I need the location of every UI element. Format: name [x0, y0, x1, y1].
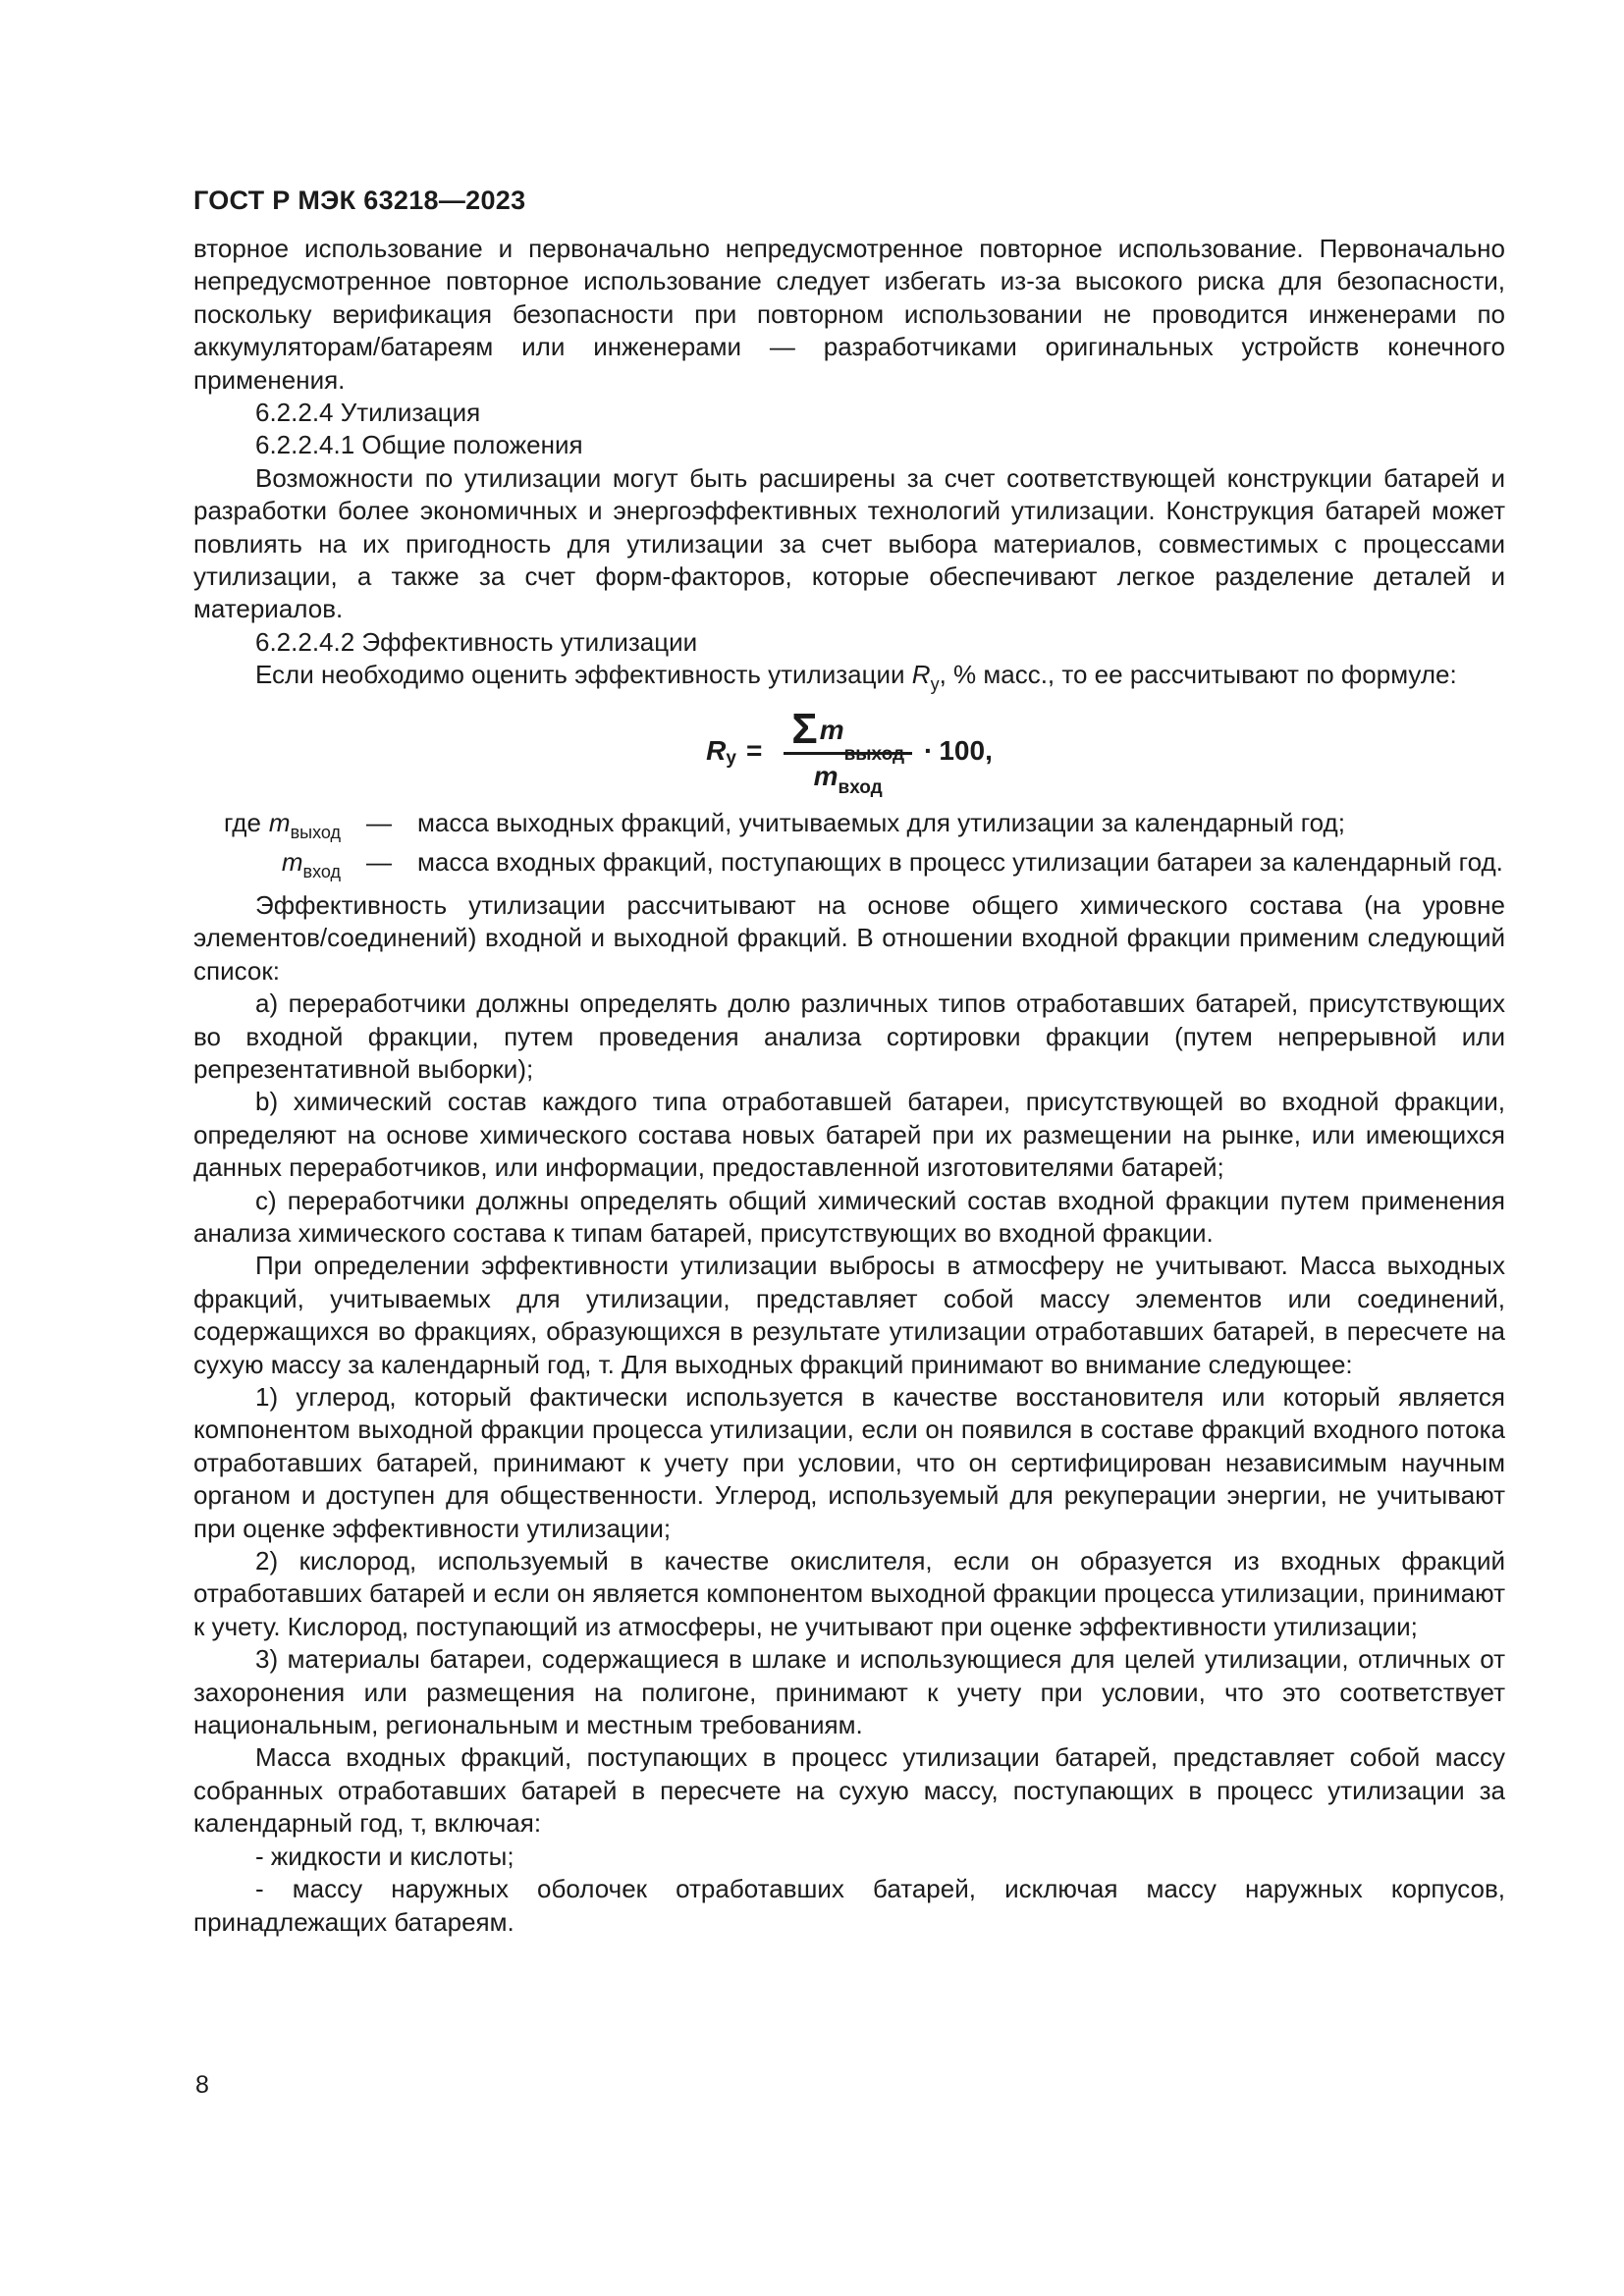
paragraph-continuation: вторное использование и первоначально не… — [193, 233, 1505, 397]
fraction-numerator: Σmвыход — [784, 710, 912, 755]
paragraph-efficiency-calculation: Эффективность утилизации рассчитывают на… — [193, 889, 1505, 988]
list-item-c: c) переработчики должны определять общий… — [193, 1185, 1505, 1251]
paragraph-formula-intro: Если необходимо оценить эффективность ут… — [193, 659, 1505, 691]
equals-sign: = — [746, 734, 762, 767]
definition-text-m-output: масса выходных фракций, учитываемых для … — [417, 804, 1505, 842]
denominator-subscript: вход — [839, 777, 883, 798]
list-item-1-carbon: 1) углерод, который фактически используе… — [193, 1381, 1505, 1545]
multiplication-dot: · — [924, 734, 933, 767]
clause-heading-6-2-2-4-1: 6.2.2.4.1 Общие положения — [193, 429, 1505, 461]
list-item-2-oxygen: 2) кислород, используемый в качестве оки… — [193, 1545, 1505, 1643]
formula-fraction: Σmвыход mвход — [784, 710, 912, 792]
term-subscript: вход — [303, 862, 341, 881]
formula-where-definitions: гдеmвыход — масса выходных фракций, учит… — [193, 804, 1505, 881]
numerator-variable: m — [820, 714, 844, 746]
where-term-m-input: mвход — [193, 843, 341, 881]
inline-variable-subscript: у — [931, 674, 940, 694]
definition-text-m-input: масса входных фракций, поступающих в про… — [417, 843, 1505, 881]
document-body: вторное использование и первоначально не… — [193, 233, 1505, 1939]
list-item-3-slag-materials: 3) материалы батареи, содержащиеся в шла… — [193, 1643, 1505, 1741]
formula-intro-text: Если необходимо оценить эффективность ут… — [255, 660, 912, 689]
term-variable: m — [282, 847, 303, 877]
formula-factor-100: 100, — [939, 734, 993, 767]
page-number: 8 — [195, 2071, 209, 2100]
denominator-variable: m — [814, 761, 839, 791]
recycling-efficiency-formula: Rу = Σmвыход mвход · 100, — [193, 710, 1505, 792]
clause-heading-6-2-2-4-2: 6.2.2.4.2 Эффективность утилизации — [193, 626, 1505, 659]
list-item-a: a) переработчики должны определять долю … — [193, 988, 1505, 1086]
inline-variable-R: R — [912, 660, 931, 689]
document-page: ГОСТ Р МЭК 63218—2023 вторное использова… — [0, 0, 1624, 2296]
where-term-m-output: гдеmвыход — [193, 804, 341, 842]
sigma-sum-symbol: Σ — [791, 712, 817, 747]
where-keyword: где — [224, 808, 261, 837]
definition-dash: — — [341, 843, 417, 881]
formula-lhs-variable: R — [706, 734, 726, 767]
term-variable: m — [269, 808, 291, 837]
definition-dash: — — [341, 804, 417, 842]
term-subscript: выход — [291, 823, 341, 842]
formula-intro-text-post: , % масс., то ее рассчитывают по формуле… — [940, 660, 1457, 689]
dash-item-outer-shells: - массу наружных оболочек отработавших б… — [193, 1873, 1505, 1939]
paragraph-input-mass: Масса входных фракций, поступающих в про… — [193, 1741, 1505, 1840]
paragraph-emissions: При определении эффективности утилизации… — [193, 1250, 1505, 1381]
dash-item-liquids: - жидкости и кислоты; — [193, 1841, 1505, 1873]
clause-heading-6-2-2-4: 6.2.2.4 Утилизация — [193, 397, 1505, 429]
document-code-header: ГОСТ Р МЭК 63218—2023 — [193, 186, 525, 216]
list-item-b: b) химический состав каждого типа отрабо… — [193, 1086, 1505, 1184]
paragraph-recycling-possibilities: Возможности по утилизации могут быть рас… — [193, 462, 1505, 626]
